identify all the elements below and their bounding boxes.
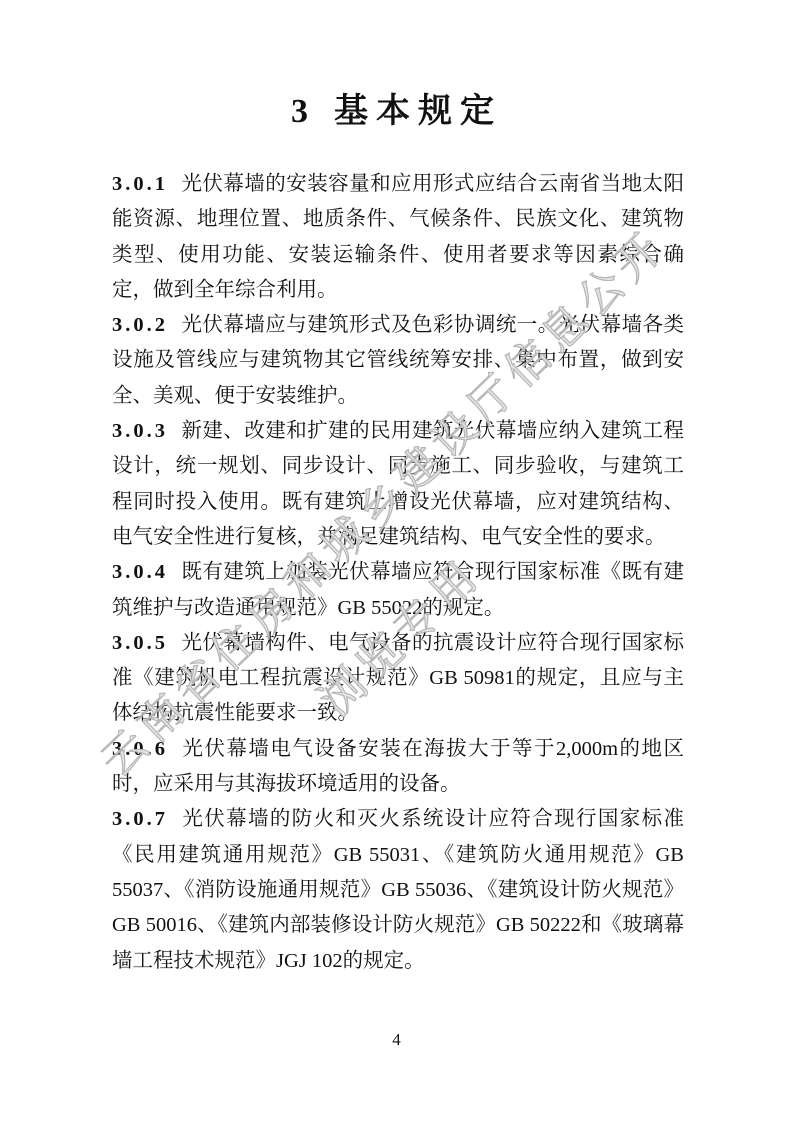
document-body: 3.0.1光伏幕墙的安装容量和应用形式应结合云南省当地太阳能资源、地理位置、地质… [112, 167, 684, 979]
clause-number: 3.0.4 [112, 561, 181, 583]
section-number: 3 [291, 93, 308, 130]
clause-text: 光伏幕墙的安装容量和应用形式应结合云南省当地太阳能资源、地理位置、地质条件、气候… [112, 173, 684, 301]
section-title-text: 基本规定 [334, 93, 502, 130]
clause-3-0-7: 3.0.7光伏幕墙的防火和灭火系统设计应符合现行国家标准《民用建筑通用规范》GB… [112, 802, 684, 978]
clause-3-0-5: 3.0.5光伏幕墙构件、电气设备的抗震设计应符合现行国家标准《建筑机电工程抗震设… [112, 626, 684, 732]
clause-text: 新建、改建和扩建的民用建筑光伏幕墙应纳入建筑工程设计，统一规划、同步设计、同步施… [112, 420, 684, 548]
clause-number: 3.0.6 [112, 738, 181, 760]
clause-number: 3.0.7 [112, 808, 181, 830]
clause-number: 3.0.1 [112, 173, 181, 195]
clause-number: 3.0.5 [112, 632, 181, 654]
clause-text: 光伏幕墙的防火和灭火系统设计应符合现行国家标准《民用建筑通用规范》GB 5503… [112, 808, 684, 971]
clause-3-0-4: 3.0.4既有建筑上加装光伏幕墙应符合现行国家标准《既有建筑维护与改造通用规范》… [112, 555, 684, 626]
section-title: 3基本规定 [0, 90, 793, 134]
clause-3-0-3: 3.0.3新建、改建和扩建的民用建筑光伏幕墙应纳入建筑工程设计，统一规划、同步设… [112, 414, 684, 555]
page-number: 4 [0, 1030, 793, 1050]
document-page: 3基本规定 3.0.1光伏幕墙的安装容量和应用形式应结合云南省当地太阳能资源、地… [0, 0, 793, 1122]
clause-text: 光伏幕墙构件、电气设备的抗震设计应符合现行国家标准《建筑机电工程抗震设计规范》G… [112, 632, 684, 725]
clause-text: 光伏幕墙应与建筑形式及色彩协调统一。光伏幕墙各类设施及管线应与建筑物其它管线统筹… [112, 314, 684, 407]
clause-3-0-2: 3.0.2光伏幕墙应与建筑形式及色彩协调统一。光伏幕墙各类设施及管线应与建筑物其… [112, 308, 684, 414]
clause-text: 光伏幕墙电气设备安装在海拔大于等于2,000m的地区时，应采用与其海拔环境适用的… [112, 738, 684, 795]
clause-3-0-6: 3.0.6光伏幕墙电气设备安装在海拔大于等于2,000m的地区时，应采用与其海拔… [112, 732, 684, 803]
clause-number: 3.0.2 [112, 314, 181, 336]
clause-3-0-1: 3.0.1光伏幕墙的安装容量和应用形式应结合云南省当地太阳能资源、地理位置、地质… [112, 167, 684, 308]
clause-text: 既有建筑上加装光伏幕墙应符合现行国家标准《既有建筑维护与改造通用规范》GB 55… [112, 561, 684, 618]
clause-number: 3.0.3 [112, 420, 181, 442]
